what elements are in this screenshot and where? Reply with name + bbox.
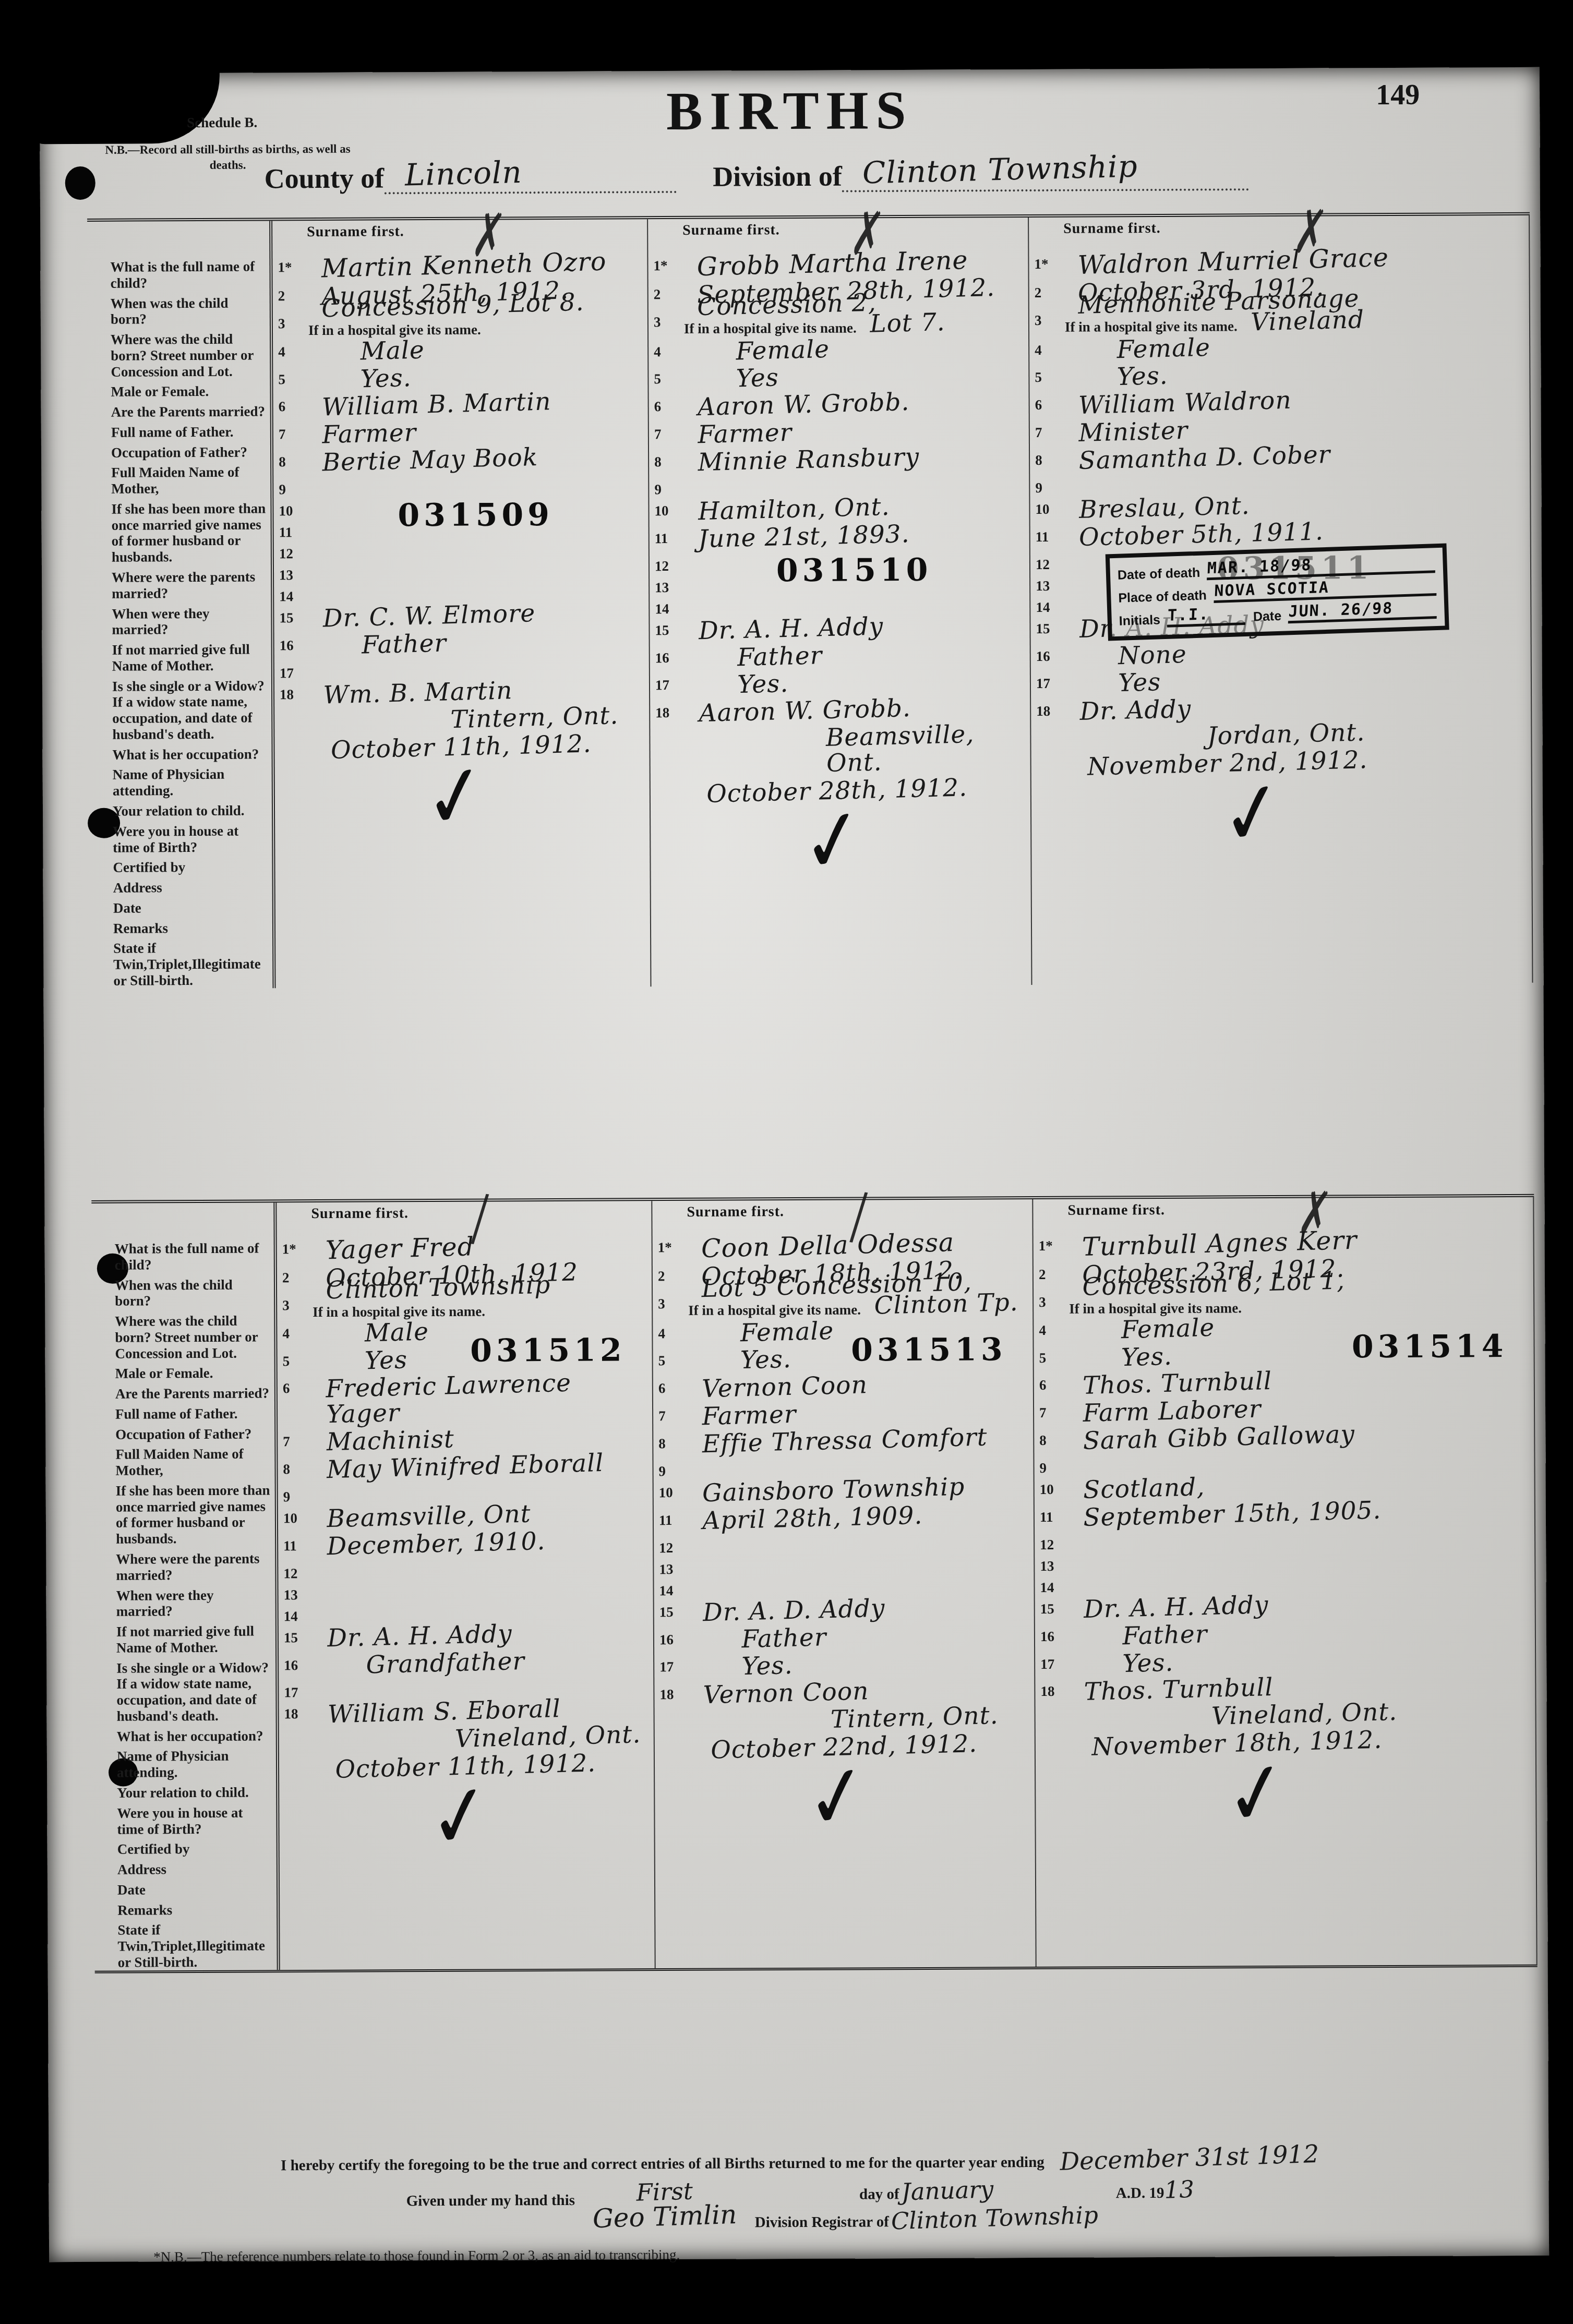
record-field-value-cell: 031509 xyxy=(309,496,648,507)
row-number: 18 xyxy=(654,1681,690,1703)
row-number: 15 xyxy=(1035,1596,1071,1617)
row-number: 4 xyxy=(1029,336,1065,358)
form-label-mother_maiden_name: Full Maiden Name of Mother, xyxy=(88,460,270,497)
form-label-date: Date xyxy=(90,895,272,916)
field-widow-info-handwriting xyxy=(1066,577,1079,580)
record-field-row xyxy=(1031,788,1531,800)
row-number: 7 xyxy=(653,1403,689,1424)
field-mother-maiden-name-handwriting: Minnie Ransbury xyxy=(684,443,920,476)
record-field-row: 17Yes xyxy=(1031,668,1531,698)
field-parents-married-handwriting: Yes. xyxy=(688,1345,791,1375)
row-number: 8 xyxy=(273,449,309,470)
hospital-note-line: If in a hospital give its name.Lot 7. xyxy=(684,319,1028,339)
form-label-row: Name of Physician attending. xyxy=(94,1744,276,1781)
field-unmarried-mother-handwriting xyxy=(309,545,323,547)
field-when-married-handwriting: June 21st, 1893. xyxy=(685,520,910,553)
field-sex-handwriting: Female xyxy=(688,1316,834,1347)
row-number: 5 xyxy=(1034,1344,1070,1366)
death-place-label: Place of death xyxy=(1118,588,1207,606)
record-field-row: 12 xyxy=(278,1559,653,1582)
row-number: 16 xyxy=(654,1626,690,1647)
record-field-value-cell xyxy=(1070,1453,1534,1464)
record-field-value-cell: Beamsville, Ont. xyxy=(686,726,1030,780)
form-label-row: Male or Female. xyxy=(92,1361,274,1382)
row-number: 11 xyxy=(654,1507,689,1528)
field-when-married-handwriting: December, 1910. xyxy=(313,1527,546,1560)
row-number: 4 xyxy=(273,339,308,360)
field-certified-by-handwriting: Dr. Addy xyxy=(1066,695,1192,726)
county-division-line: County of Lincoln Division of Clinton To… xyxy=(265,156,1249,195)
field-physician-handwriting: Dr. C. W. Elmore xyxy=(309,599,536,632)
record-column: Surname first.∕1*Yager Fred2October 10th… xyxy=(277,1201,655,1970)
row-number: 13 xyxy=(274,562,309,583)
scanned-birth-register-page: { "page_number": "149", "header": { "sch… xyxy=(0,0,1573,2324)
field-unmarried-mother-handwriting xyxy=(689,1539,703,1542)
record-field-value-cell: Yes. xyxy=(1071,1648,1535,1678)
record-field-value-cell: Concession 6, Lot 1,If in a hospital giv… xyxy=(1069,1287,1533,1317)
row-number xyxy=(279,1728,315,1733)
row-number: 15 xyxy=(650,617,685,639)
row-number xyxy=(275,773,310,778)
field-father-name-handwriting: Frederic Lawrence Yager xyxy=(312,1367,652,1428)
initials-value: T.I. xyxy=(1167,604,1246,628)
row-number: 11 xyxy=(278,1533,314,1554)
row-number: 10 xyxy=(273,498,309,519)
record-field-row: 3Lot 5 Concession 10,If in a hospital gi… xyxy=(653,1289,1032,1320)
form-label-born_place: Where was the child born? Street number … xyxy=(88,327,270,380)
row-number: 5 xyxy=(1029,364,1065,386)
month-handwriting: January xyxy=(901,2175,994,2206)
record-field-row: 9 xyxy=(273,475,648,498)
surname-first-label: Surname first. xyxy=(648,219,780,239)
ad-year-handwriting: 13 xyxy=(1164,2175,1195,2204)
field-unmarried-mother-handwriting xyxy=(685,557,699,560)
form-label-father_name: Full name of Father. xyxy=(88,419,270,440)
form-label-row: Full name of Father. xyxy=(92,1401,274,1422)
row-number xyxy=(1036,1761,1071,1766)
row-number: 10 xyxy=(1030,496,1065,517)
record-field-row: 8Bertie May Book xyxy=(273,447,648,476)
form-label-row: Full name of Father. xyxy=(88,419,270,440)
field-where-married-handwriting: Breslau, Ont. xyxy=(1065,491,1250,524)
registrar-label: Division Registrar of xyxy=(754,2200,888,2231)
surname-first-label: Surname first. xyxy=(652,1200,784,1221)
row-number: 15 xyxy=(1030,615,1066,636)
record-field-value-cell xyxy=(1067,788,1531,800)
row-number: 16 xyxy=(274,632,310,654)
record-field-value-cell: Father xyxy=(310,631,649,660)
record-field-row: 11June 21st, 1893. xyxy=(650,524,1029,553)
field-former-husbands-handwriting xyxy=(685,480,698,483)
row-number: 9 xyxy=(1034,1455,1070,1476)
record-field-value-cell: Sarah Gibb Galloway xyxy=(1070,1425,1534,1455)
field-parents-married-handwriting: Yes xyxy=(312,1345,407,1375)
punch-hole xyxy=(65,166,95,200)
row-number: 9 xyxy=(653,1458,689,1479)
form-label-column: What is the full name of child?When was … xyxy=(87,221,275,989)
field-her-occupation-handwriting xyxy=(314,1607,335,1610)
field-widow-info-handwriting xyxy=(1070,1557,1084,1560)
field-father-name-handwriting: Aaron W. Grobb. xyxy=(683,388,910,421)
row-number: 12 xyxy=(650,553,685,574)
record-field-row: 13 xyxy=(278,1580,653,1603)
pencil-check-mark: ✓ xyxy=(800,1742,874,1852)
record-field-row: 12 xyxy=(274,539,649,562)
record-field-row: 1*Martin Kenneth Ozro xyxy=(272,252,647,283)
form-label-address: Address xyxy=(90,875,272,896)
registrar-signature: Geo Timlin xyxy=(592,2199,737,2234)
pencil-check-mark: ✓ xyxy=(1215,758,1290,868)
form-label-row: State if Twin,Triplet,Illegitimate or St… xyxy=(90,936,272,989)
field-her-occupation-handwriting xyxy=(309,587,330,590)
record-field-value-cell: Frederic Lawrence Yager xyxy=(313,1374,652,1429)
form-label-parents_married: Are the Parents married? xyxy=(92,1381,274,1402)
record-field-value-cell: William Waldron xyxy=(1065,390,1530,419)
row-number: 15 xyxy=(654,1599,690,1620)
division-label: Division of xyxy=(713,160,842,193)
field-unmarried-mother-handwriting xyxy=(1066,556,1079,558)
row-number: 12 xyxy=(274,540,309,562)
row-number xyxy=(274,737,310,742)
record-field-row: 5Yes.031514 xyxy=(1034,1342,1534,1372)
division-value-handwriting: Clinton Township xyxy=(841,150,1159,190)
record-field-row: November 2nd, 1912. xyxy=(1031,751,1531,781)
record-field-row: 16Grandfather xyxy=(279,1651,653,1680)
form-label-row: Remarks xyxy=(94,1897,277,1918)
field-where-married-handwriting: Hamilton, Ont. xyxy=(684,492,890,525)
record-field-value-cell: May Winifred Eborall xyxy=(313,1454,652,1484)
field-former-husbands-handwriting xyxy=(309,480,322,483)
row-number: 9 xyxy=(1030,475,1065,496)
record-field-row: 3Concession 6, Lot 1,If in a hospital gi… xyxy=(1034,1287,1533,1317)
row-number: 3 xyxy=(1034,1289,1069,1310)
record-field-row: 6Thos. Turnbull xyxy=(1034,1370,1534,1400)
record-field-value-cell: Dr. A. D. Addy xyxy=(690,1597,1034,1627)
record-field-value-cell: Minnie Ransbury xyxy=(685,447,1029,476)
row-number xyxy=(1036,1771,1071,1776)
page-title: BIRTHS xyxy=(40,77,1540,146)
field-when-married-handwriting xyxy=(309,523,323,526)
row-number: 17 xyxy=(654,1654,690,1675)
record-field-row: 13 xyxy=(654,1555,1034,1578)
surname-first-label: Surname first. xyxy=(1029,217,1161,237)
row-number: 7 xyxy=(649,421,685,442)
row-number: 18 xyxy=(650,700,686,721)
record-field-row: 4Female xyxy=(1029,334,1529,364)
record-field-row: 6William B. Martin xyxy=(273,392,648,422)
field-where-married-handwriting xyxy=(309,502,322,504)
row-number: 17 xyxy=(274,660,310,681)
record-field-value-cell xyxy=(689,1533,1034,1544)
form-label-twin: State if Twin,Triplet,Illegitimate or St… xyxy=(90,936,272,989)
row-number: 11 xyxy=(650,525,685,547)
row-number: 14 xyxy=(654,1578,689,1599)
record-field-value-cell xyxy=(685,594,1029,605)
form-label-father_occupation: Occupation of Father? xyxy=(92,1422,274,1442)
pencil-check-mark: ✓ xyxy=(1219,1739,1294,1848)
form-label-date: Date xyxy=(94,1877,277,1898)
record-field-value-cell: Mennonite ParsonageIf in a hospital give… xyxy=(1065,305,1529,337)
form-label-row: Full Maiden Name of Mother, xyxy=(88,460,270,497)
registration-number-stamp: 031512 xyxy=(470,1332,626,1369)
field-father-name-handwriting: Vernon Coon xyxy=(688,1371,868,1403)
form-label-when_married: When were they married? xyxy=(93,1583,275,1620)
record-field-value-cell xyxy=(309,517,649,528)
row-number xyxy=(1036,1706,1071,1711)
hospital-note-label: If in a hospital give its name. xyxy=(1065,318,1238,334)
record-field-row: 13 xyxy=(650,573,1029,596)
row-number: 14 xyxy=(650,596,685,617)
field-where-married-handwriting: Scotland, xyxy=(1070,1473,1205,1503)
form-label-born_date: When was the child born? xyxy=(88,291,270,328)
row-number: 16 xyxy=(279,1652,314,1673)
row-number xyxy=(1031,726,1066,731)
row-number: 2 xyxy=(649,281,684,303)
record-column: Surname first.✗1*Waldron Murriel Grace2O… xyxy=(1029,215,1533,985)
record-column: Surname first.✗1*Martin Kenneth Ozro2Aug… xyxy=(272,219,651,988)
record-field-row: 13Date of deathMAR. 18/98Place of deathN… xyxy=(1030,571,1530,594)
form-label-row: Name of Physician attending. xyxy=(90,762,272,799)
row-number: 16 xyxy=(1035,1623,1071,1644)
row-number xyxy=(1031,781,1067,786)
field-mother-maiden-name-handwriting: Bertie May Book xyxy=(308,443,538,476)
record-field-row: 15Dr. C. W. Elmore xyxy=(274,603,649,632)
field-father-occupation-handwriting: Farmer xyxy=(688,1400,797,1430)
field-remarks-handwriting xyxy=(686,812,700,815)
record-field-value-cell xyxy=(314,1580,653,1591)
form-label-row: When were they married? xyxy=(93,1583,275,1620)
record-field-row: 13 xyxy=(274,560,649,583)
field-widow-info-handwriting xyxy=(314,1586,327,1588)
record-field-value-cell: Female xyxy=(1065,334,1529,364)
row-number: 1* xyxy=(272,254,308,275)
row-number xyxy=(279,1756,315,1761)
row-number: 8 xyxy=(1034,1427,1070,1449)
record-field-value-cell: Dr. C. W. Elmore xyxy=(309,603,649,632)
field-twin-handwriting xyxy=(315,1797,328,1800)
pencil-check-mark: ✓ xyxy=(423,1762,497,1871)
row-number: 8 xyxy=(649,449,685,470)
hospital-note-line: If in a hospital give its name.Vineland xyxy=(1065,317,1529,337)
field-address-handwriting: Beamsville, Ont. xyxy=(685,718,1030,780)
row-number: 14 xyxy=(1035,1574,1070,1596)
row-number: 10 xyxy=(1035,1476,1070,1498)
field-born-place-handwriting: Clinton Township xyxy=(312,1270,551,1304)
form-label-twin: State if Twin,Triplet,Illegitimate or St… xyxy=(94,1918,277,1971)
row-number xyxy=(655,1774,690,1779)
register-table: What is the full name of child?When was … xyxy=(40,67,1540,74)
field-when-married-handwriting: April 28th, 1909. xyxy=(689,1501,923,1534)
row-number: 17 xyxy=(1031,670,1066,692)
record-field-value-cell: Clinton TownshipIf in a hospital give it… xyxy=(313,1291,652,1320)
certification-footer: I hereby certify the foregoing to be the… xyxy=(122,2142,1479,2265)
record-field-value-cell: Yes. xyxy=(1065,362,1529,392)
record-field-row: 6Vernon Coon xyxy=(653,1374,1033,1403)
form-label-row: Where was the child born? Street number … xyxy=(92,1308,274,1362)
form-label-row: Occupation of Father? xyxy=(88,440,270,461)
page-number: 149 xyxy=(1376,78,1420,112)
field-twin-handwriting xyxy=(686,822,700,824)
record-field-value-cell: October 5th, 1911. xyxy=(1066,522,1530,551)
record-field-row: 3Concession 9, Lot 8.If in a hospital gi… xyxy=(273,309,647,339)
row-number: 1* xyxy=(277,1236,313,1257)
field-father-occupation-handwriting: Farmer xyxy=(684,418,792,449)
row-number: 5 xyxy=(653,1347,689,1369)
record-column-header: Surname first.✗ xyxy=(648,218,1028,252)
field-father-occupation-handwriting: Machinist xyxy=(313,1425,454,1456)
row-number: 13 xyxy=(278,1582,314,1603)
row-number: 13 xyxy=(1035,1553,1070,1574)
initials-label: Initials xyxy=(1119,612,1160,629)
record-field-value-cell: Vernon Coon xyxy=(689,1374,1033,1403)
form-label-in_house: Were you in house at time of Birth? xyxy=(90,818,272,856)
form-label-widow_info: Is she single or a Widow? If a widow sta… xyxy=(89,673,272,743)
row-number: 3 xyxy=(649,309,684,330)
row-number: 11 xyxy=(1030,524,1066,545)
hospital-note-line: If in a hospital give its name. xyxy=(1069,1299,1533,1317)
record-field-row xyxy=(275,772,650,783)
row-number: 10 xyxy=(649,498,685,519)
row-number xyxy=(651,817,686,823)
field-in-house-handwriting: Yes. xyxy=(1070,1648,1174,1678)
row-number: 17 xyxy=(1035,1651,1071,1672)
form-label-row: Is she single or a Widow? If a widow sta… xyxy=(89,673,272,743)
record-field-value-cell xyxy=(309,582,649,593)
record-field-value-cell: Concession 2,If in a hospital give its n… xyxy=(684,307,1028,339)
form-label-row: Are the Parents married? xyxy=(92,1381,274,1402)
surname-first-label: Surname first. xyxy=(277,1202,409,1222)
county-value-handwriting: Lincoln xyxy=(383,156,543,192)
row-number: 10 xyxy=(654,1479,689,1501)
record-field-value-cell xyxy=(309,475,648,486)
row-number xyxy=(1036,1733,1071,1739)
form-label-unmarried_mother: If not married give full Name of Mother. xyxy=(93,1619,275,1656)
record-field-value-cell: William B. Martin xyxy=(309,392,648,422)
record-field-value-cell xyxy=(1070,1551,1534,1562)
field-in-house-handwriting: Yes. xyxy=(685,669,789,700)
record-column-header: Surname first.∕ xyxy=(652,1199,1032,1234)
record-field-row: 16None xyxy=(1031,641,1531,670)
form-label-certified_by: Certified by xyxy=(90,855,272,876)
registration-number-stamp: 031513 xyxy=(851,1332,1007,1369)
record-field-value-cell: Effie Thressa Comfort xyxy=(689,1429,1033,1458)
form-label-row: What is her occupation? xyxy=(94,1724,276,1744)
form-label-row: Certified by xyxy=(94,1837,277,1858)
form-label-when_married: When were they married? xyxy=(89,601,271,638)
record-field-row: 12031510 xyxy=(650,551,1029,574)
row-number: 16 xyxy=(650,644,686,666)
field-mother-maiden-name-handwriting: Samantha D. Cober xyxy=(1065,440,1331,475)
record-field-value-cell xyxy=(689,1555,1034,1566)
field-unmarried-mother-handwriting xyxy=(1070,1536,1084,1538)
field-born-place-extra-handwriting xyxy=(485,1314,499,1316)
hospital-note-label: If in a hospital give its name. xyxy=(684,320,857,336)
record-column: Surname first.✗1*Grobb Martha Irene2Sept… xyxy=(648,218,1032,986)
form-label-row: Date xyxy=(94,1877,277,1898)
surname-first-label: Surname first. xyxy=(1033,1199,1165,1219)
row-number: 8 xyxy=(278,1456,313,1477)
record-field-row: 11December, 1910. xyxy=(278,1531,653,1560)
row-number: 6 xyxy=(653,1375,689,1396)
row-number: 6 xyxy=(649,393,685,415)
row-number xyxy=(279,1793,315,1798)
form-label-where_married: Where were the parents married? xyxy=(89,564,271,601)
form-label-row: Where was the child born? Street number … xyxy=(88,327,270,380)
record-field-row: 12 xyxy=(654,1533,1034,1556)
row-number: 5 xyxy=(649,366,684,387)
record-field-value-cell: Yes.031514 xyxy=(1070,1342,1534,1372)
form-label-row: Male or Female. xyxy=(88,379,270,400)
record-column: Surname first.∕1*Coon Della Odessa2Octob… xyxy=(652,1199,1036,1968)
field-her-occupation-handwriting xyxy=(1066,598,1087,600)
field-remarks-handwriting xyxy=(690,1768,704,1771)
field-relation-handwriting: Father xyxy=(309,629,447,660)
row-number: 18 xyxy=(279,1701,314,1722)
row-number: 2 xyxy=(1034,1261,1069,1283)
record-field-value-cell: November 18th, 1912. xyxy=(1071,1731,1535,1761)
field-sex-handwriting: Female xyxy=(1064,333,1211,364)
record-field-row: 4Male xyxy=(273,337,647,366)
reference-footnote: *N.B.—The reference numbers relate to th… xyxy=(122,2243,1479,2265)
form-label-row: Your relation to child. xyxy=(94,1780,276,1801)
hospital-note-label: If in a hospital give its name. xyxy=(688,1302,861,1318)
form-label-row: Certified by xyxy=(90,855,272,876)
record-field-value-cell xyxy=(314,1601,653,1612)
field-parents-married-handwriting: Yes. xyxy=(1068,1342,1172,1372)
form-label-her_occupation: What is her occupation? xyxy=(94,1724,276,1744)
field-born-place-extra-handwriting: Clinton Tp. xyxy=(860,1288,1018,1320)
record-field-value-cell: Lot 5 Concession 10,If in a hospital giv… xyxy=(688,1289,1032,1320)
form-label-row: If she has been more than once married g… xyxy=(93,1478,275,1547)
field-parents-married-handwriting: Yes xyxy=(683,364,779,393)
field-physician-handwriting: Dr. A. H. Addy xyxy=(685,612,883,644)
form-label-row: Where were the parents married? xyxy=(89,564,271,601)
record-field-row: 11October 5th, 1911. xyxy=(1030,522,1530,551)
record-field-value-cell: Male xyxy=(308,337,647,366)
row-number: 5 xyxy=(273,366,308,388)
field-widow-info-handwriting xyxy=(685,579,699,581)
field-born-place-extra-handwriting xyxy=(481,332,495,334)
form-label-relation: Your relation to child. xyxy=(94,1780,276,1801)
record-field-value-cell: November 2nd, 1912. xyxy=(1067,751,1531,781)
form-label-name: What is the full name of child? xyxy=(87,254,269,291)
row-number: 18 xyxy=(274,681,310,703)
row-number: 8 xyxy=(653,1430,689,1452)
row-number xyxy=(279,1784,315,1789)
form-label-row: When was the child born? xyxy=(88,291,270,328)
form-label-her_occupation: What is her occupation? xyxy=(89,742,271,763)
field-father-occupation-handwriting: Farmer xyxy=(308,418,417,449)
row-number: 13 xyxy=(654,1556,689,1578)
record-field-row: 8Effie Thressa Comfort xyxy=(653,1429,1033,1458)
form-label-where_married: Where were the parents married? xyxy=(93,1546,275,1583)
row-number: 1* xyxy=(1029,251,1064,272)
field-sex-handwriting: Male xyxy=(308,335,425,366)
field-physician-handwriting: Dr. A. H. Addy xyxy=(1070,1591,1269,1623)
field-when-married-handwriting: October 5th, 1911. xyxy=(1065,517,1324,551)
row-number: 2 xyxy=(273,283,308,304)
row-number: 17 xyxy=(650,672,686,693)
row-number: 17 xyxy=(279,1679,314,1701)
record-field-row: 6Frederic Lawrence Yager xyxy=(278,1374,652,1429)
field-relation-handwriting: None xyxy=(1066,640,1187,670)
row-number xyxy=(651,780,686,786)
record-field-row: 12 xyxy=(1035,1530,1534,1553)
record-field-value-cell xyxy=(1070,1530,1534,1541)
record-field-row: 11September 15th, 1905. xyxy=(1035,1502,1534,1532)
form-label-row: Is she single or a Widow? If a widow sta… xyxy=(93,1655,276,1725)
record-field-row: Beamsville, Ont. xyxy=(650,726,1030,780)
